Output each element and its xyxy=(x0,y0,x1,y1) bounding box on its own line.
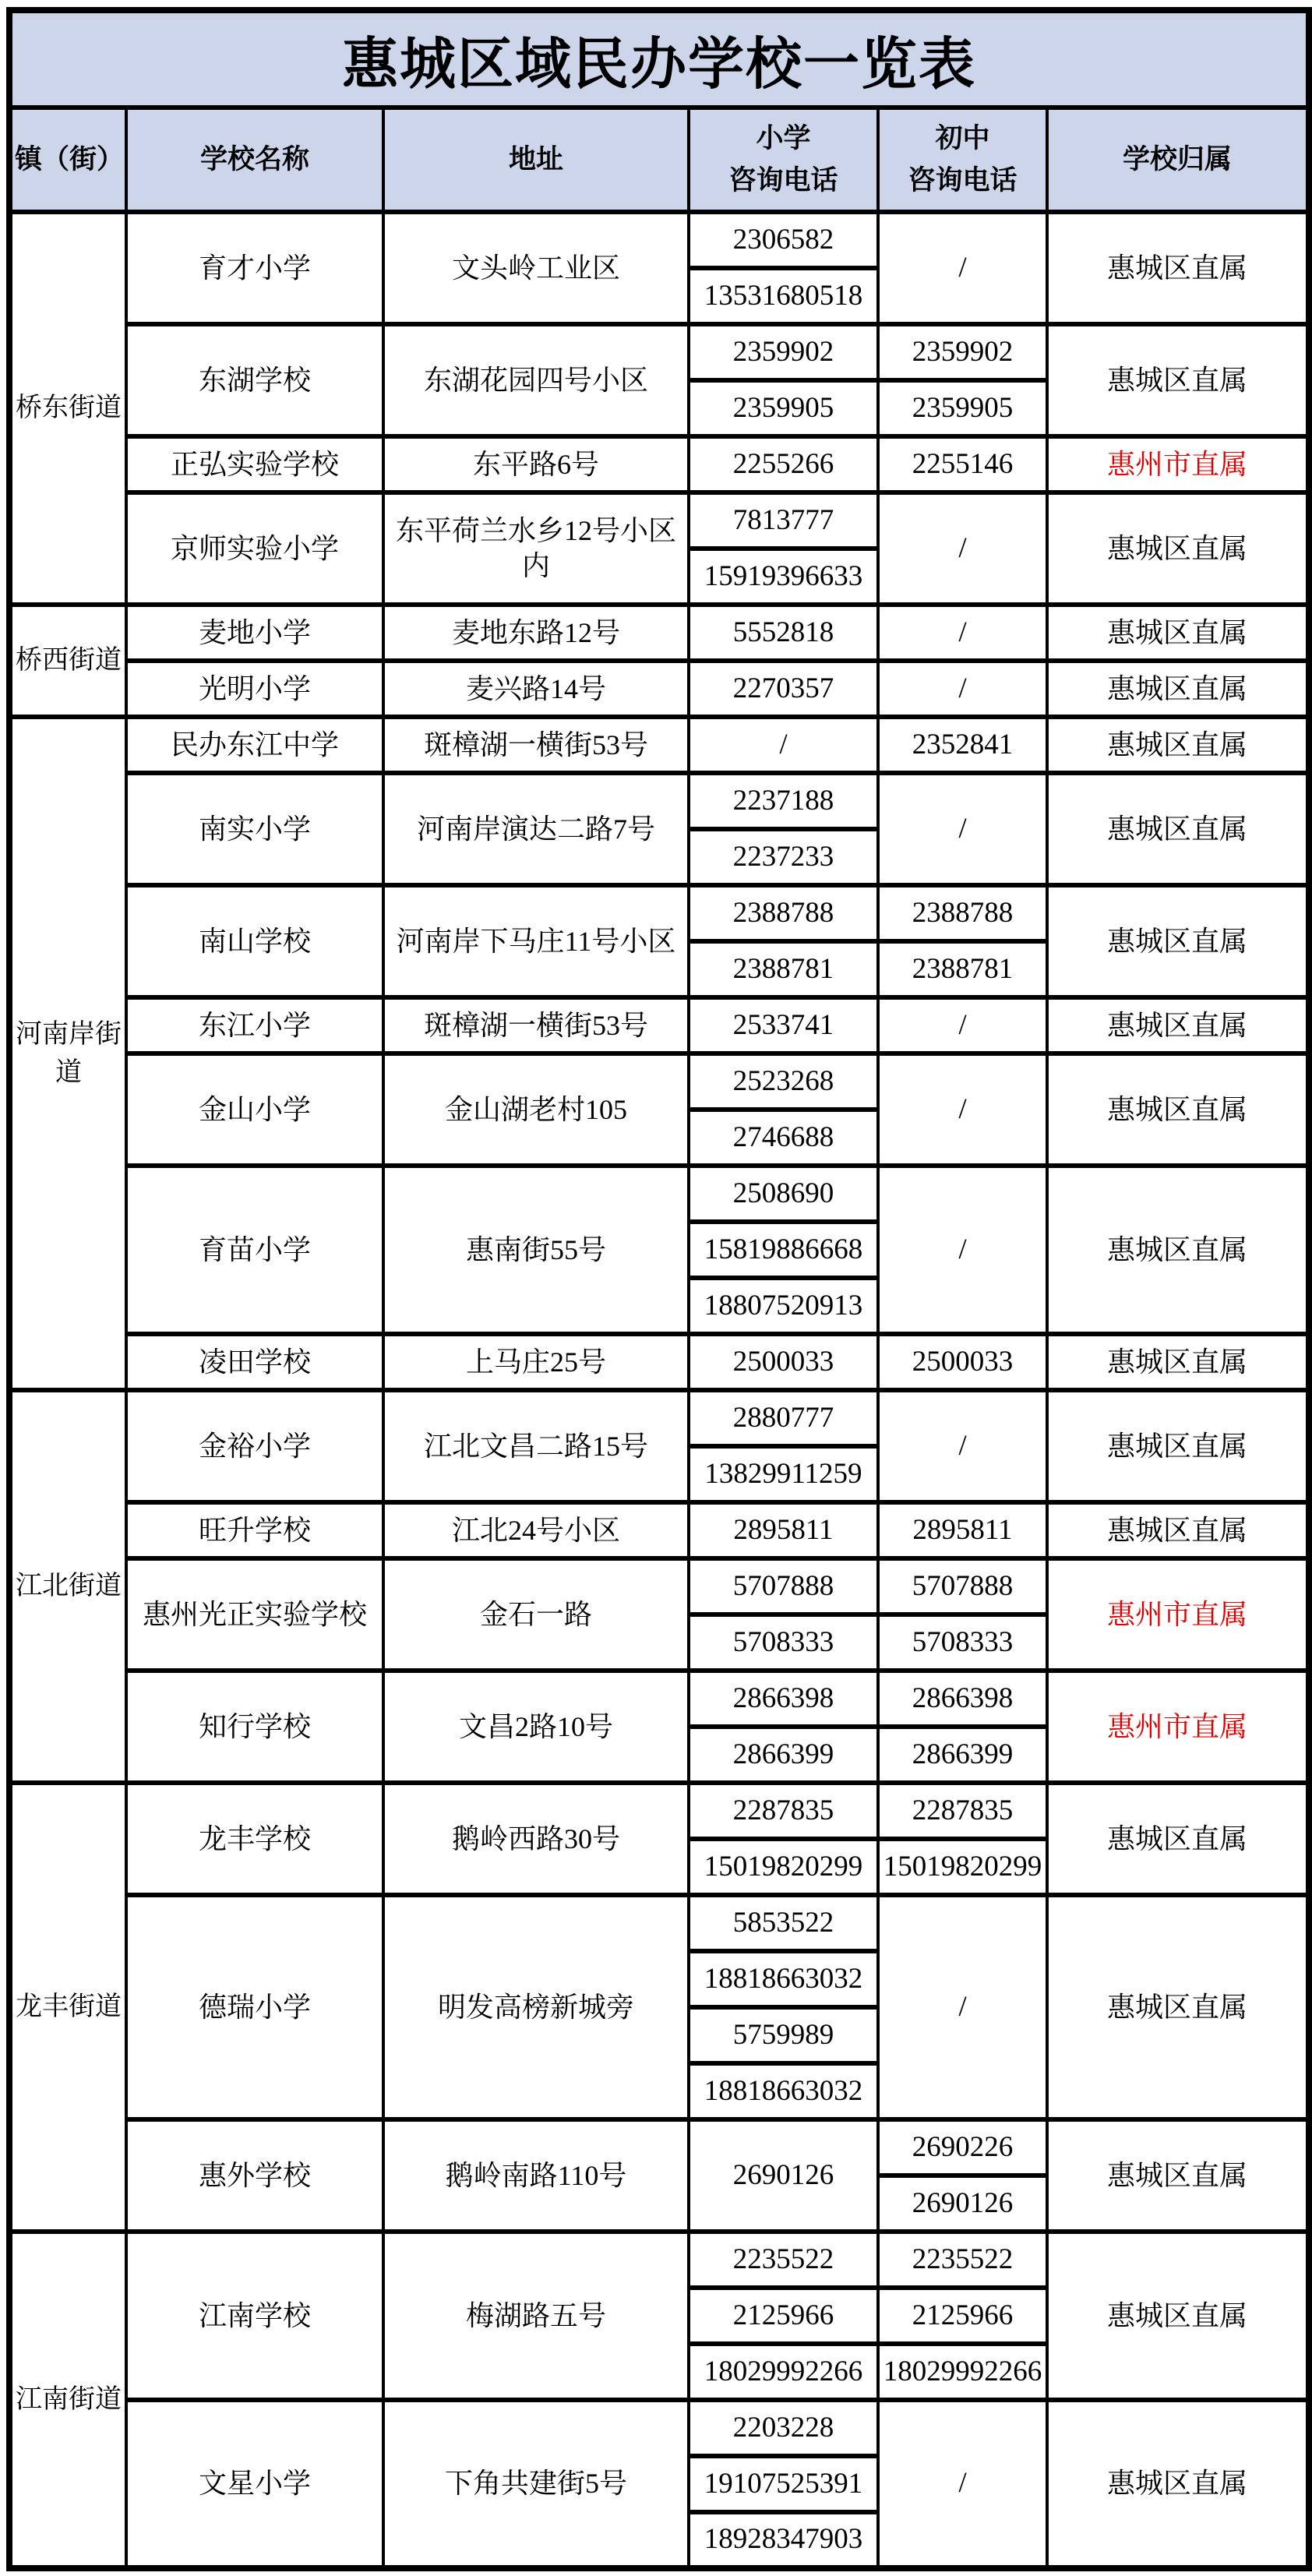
header-row: 镇（街） 学校名称 地址 小学 咨询电话 初中 咨询电话 学校归属 xyxy=(9,108,1309,212)
address-cell: 鹅岭南路110号 xyxy=(383,2119,689,2232)
school-name-cell: 民办东江中学 xyxy=(126,717,383,773)
affiliation-cell: 惠城区直属 xyxy=(1047,1783,1309,1895)
address-cell: 麦地东路12号 xyxy=(383,605,689,661)
page: 惠城区域民办学校一览表 镇（街） 学校名称 地址 小学 咨询电话 初中 咨询电话… xyxy=(0,0,1312,2576)
table-row: 德瑞小学明发高榜新城旁5853522/惠城区直属 xyxy=(9,1895,1309,1951)
affiliation-cell: 惠城区直属 xyxy=(1047,2232,1309,2400)
middle-phone-cell: / xyxy=(878,1053,1047,1166)
table-row: 江南街道江南学校梅湖路五号22355222235522惠城区直属 xyxy=(9,2232,1309,2288)
table-row: 金山小学金山湖老村1052523268/惠城区直属 xyxy=(9,1053,1309,1110)
school-name-cell: 文星小学 xyxy=(126,2400,383,2568)
primary-phone-cell: 18818663032 xyxy=(689,1951,878,2007)
affiliation-cell: 惠城区直属 xyxy=(1047,1390,1309,1502)
header-school-name: 学校名称 xyxy=(126,108,383,212)
town-cell: 河南岸街道 xyxy=(9,717,126,1390)
primary-phone-cell: 2690126 xyxy=(689,2119,878,2232)
middle-phone-cell: 5708333 xyxy=(878,1614,1047,1671)
middle-phone-cell: 2866398 xyxy=(878,1671,1047,1727)
address-cell: 河南岸下马庄11号小区 xyxy=(383,885,689,997)
address-cell: 东湖花园四号小区 xyxy=(383,324,689,436)
middle-phone-cell: 5707888 xyxy=(878,1558,1047,1614)
address-cell: 河南岸演达二路7号 xyxy=(383,773,689,885)
address-cell: 下角共建街5号 xyxy=(383,2400,689,2568)
affiliation-cell: 惠城区直属 xyxy=(1047,717,1309,773)
primary-phone-cell: 2359902 xyxy=(689,324,878,380)
middle-phone-cell: 18029992266 xyxy=(878,2344,1047,2400)
title-row: 惠城区域民办学校一览表 xyxy=(9,10,1309,108)
middle-phone-cell: 2287835 xyxy=(878,1783,1047,1839)
affiliation-cell: 惠城区直属 xyxy=(1047,1502,1309,1558)
school-name-cell: 金裕小学 xyxy=(126,1390,383,1502)
address-cell: 梅湖路五号 xyxy=(383,2232,689,2400)
primary-phone-cell: 18818663032 xyxy=(689,2063,878,2119)
table-row: 凌田学校上马庄25号25000332500033惠城区直属 xyxy=(9,1334,1309,1390)
affiliation-cell: 惠城区直属 xyxy=(1047,492,1309,605)
affiliation-cell: 惠城区直属 xyxy=(1047,1053,1309,1166)
primary-phone-cell: 15819886668 xyxy=(689,1222,878,1278)
middle-phone-cell: / xyxy=(878,661,1047,717)
school-name-cell: 东湖学校 xyxy=(126,324,383,436)
primary-phone-cell: 5853522 xyxy=(689,1895,878,1951)
primary-phone-cell: 2287835 xyxy=(689,1783,878,1839)
primary-phone-cell: 2255266 xyxy=(689,436,878,492)
primary-phone-cell: 2533741 xyxy=(689,997,878,1053)
school-name-cell: 凌田学校 xyxy=(126,1334,383,1390)
school-name-cell: 正弘实验学校 xyxy=(126,436,383,492)
primary-phone-cell: 2306582 xyxy=(689,212,878,268)
address-cell: 文头岭工业区 xyxy=(383,212,689,324)
middle-phone-cell: 2500033 xyxy=(878,1334,1047,1390)
middle-phone-cell: / xyxy=(878,605,1047,661)
page-title: 惠城区域民办学校一览表 xyxy=(9,10,1309,108)
middle-phone-cell: 2895811 xyxy=(878,1502,1047,1558)
school-name-cell: 京师实验小学 xyxy=(126,492,383,605)
table-row: 惠州光正实验学校金石一路57078885707888惠州市直属 xyxy=(9,1558,1309,1614)
middle-phone-cell: / xyxy=(878,492,1047,605)
primary-phone-cell: / xyxy=(689,717,878,773)
primary-phone-cell: 2237188 xyxy=(689,773,878,829)
table-row: 桥东街道育才小学文头岭工业区2306582/惠城区直属 xyxy=(9,212,1309,268)
address-cell: 金石一路 xyxy=(383,1558,689,1671)
table-row: 京师实验小学东平荷兰水乡12号小区内7813777/惠城区直属 xyxy=(9,492,1309,549)
middle-phone-cell: 2235522 xyxy=(878,2232,1047,2288)
table-row: 光明小学麦兴路14号2270357/惠城区直属 xyxy=(9,661,1309,717)
middle-phone-cell: / xyxy=(878,773,1047,885)
middle-phone-cell: 2388781 xyxy=(878,941,1047,997)
affiliation-cell: 惠城区直属 xyxy=(1047,324,1309,436)
primary-phone-cell: 2523268 xyxy=(689,1053,878,1110)
affiliation-cell: 惠州市直属 xyxy=(1047,436,1309,492)
primary-phone-cell: 2500033 xyxy=(689,1334,878,1390)
table-row: 江北街道金裕小学江北文昌二路15号2880777/惠城区直属 xyxy=(9,1390,1309,1446)
table-row: 文星小学下角共建街5号2203228/惠城区直属 xyxy=(9,2400,1309,2456)
primary-phone-cell: 15019820299 xyxy=(689,1839,878,1895)
affiliation-cell: 惠城区直属 xyxy=(1047,997,1309,1053)
middle-phone-cell: / xyxy=(878,1390,1047,1502)
primary-phone-cell: 18928347903 xyxy=(689,2512,878,2568)
middle-phone-cell: / xyxy=(878,1166,1047,1334)
affiliation-cell: 惠城区直属 xyxy=(1047,1895,1309,2119)
middle-phone-cell: 2690126 xyxy=(878,2175,1047,2232)
town-cell: 桥东街道 xyxy=(9,212,126,605)
affiliation-cell: 惠城区直属 xyxy=(1047,1166,1309,1334)
middle-phone-cell: 2125966 xyxy=(878,2288,1047,2344)
primary-phone-cell: 2746688 xyxy=(689,1110,878,1166)
address-cell: 斑樟湖一横街53号 xyxy=(383,717,689,773)
table-row: 旺升学校江北24号小区28958112895811惠城区直属 xyxy=(9,1502,1309,1558)
address-cell: 文昌2路10号 xyxy=(383,1671,689,1783)
primary-phone-cell: 18807520913 xyxy=(689,1278,878,1334)
address-cell: 麦兴路14号 xyxy=(383,661,689,717)
primary-phone-cell: 5759989 xyxy=(689,2007,878,2063)
header-primary-phone: 小学 咨询电话 xyxy=(689,108,878,212)
affiliation-cell: 惠城区直属 xyxy=(1047,885,1309,997)
header-town: 镇（街） xyxy=(9,108,126,212)
primary-phone-cell: 2270357 xyxy=(689,661,878,717)
school-name-cell: 旺升学校 xyxy=(126,1502,383,1558)
table-row: 龙丰街道龙丰学校鹅岭西路30号22878352287835惠城区直属 xyxy=(9,1783,1309,1839)
primary-phone-cell: 2125966 xyxy=(689,2288,878,2344)
header-address: 地址 xyxy=(383,108,689,212)
address-cell: 江北24号小区 xyxy=(383,1502,689,1558)
town-cell: 桥西街道 xyxy=(9,605,126,717)
table-row: 惠外学校鹅岭南路110号26901262690226惠城区直属 xyxy=(9,2119,1309,2175)
school-name-cell: 育苗小学 xyxy=(126,1166,383,1334)
primary-phone-cell: 2235522 xyxy=(689,2232,878,2288)
middle-phone-cell: 2359902 xyxy=(878,324,1047,380)
header-middle-phone: 初中 咨询电话 xyxy=(878,108,1047,212)
affiliation-cell: 惠城区直属 xyxy=(1047,2119,1309,2232)
table-row: 南实小学河南岸演达二路7号2237188/惠城区直属 xyxy=(9,773,1309,829)
school-name-cell: 南实小学 xyxy=(126,773,383,885)
primary-phone-cell: 5707888 xyxy=(689,1558,878,1614)
primary-phone-cell: 2237233 xyxy=(689,829,878,885)
affiliation-cell: 惠州市直属 xyxy=(1047,1671,1309,1783)
middle-phone-cell: 2388788 xyxy=(878,885,1047,941)
primary-phone-cell: 2866399 xyxy=(689,1727,878,1783)
address-cell: 明发高榜新城旁 xyxy=(383,1895,689,2119)
primary-phone-cell: 5552818 xyxy=(689,605,878,661)
affiliation-cell: 惠城区直属 xyxy=(1047,773,1309,885)
table-row: 东湖学校东湖花园四号小区23599022359902惠城区直属 xyxy=(9,324,1309,380)
affiliation-cell: 惠城区直属 xyxy=(1047,2400,1309,2568)
middle-phone-cell: 2866399 xyxy=(878,1727,1047,1783)
middle-phone-cell: 2352841 xyxy=(878,717,1047,773)
primary-phone-cell: 2203228 xyxy=(689,2400,878,2456)
school-name-cell: 惠州光正实验学校 xyxy=(126,1558,383,1671)
school-name-cell: 南山学校 xyxy=(126,885,383,997)
primary-phone-cell: 2880777 xyxy=(689,1390,878,1446)
primary-phone-cell: 15919396633 xyxy=(689,549,878,605)
address-cell: 江北文昌二路15号 xyxy=(383,1390,689,1502)
school-name-cell: 光明小学 xyxy=(126,661,383,717)
school-name-cell: 德瑞小学 xyxy=(126,1895,383,2119)
schools-table-body: 桥东街道育才小学文头岭工业区2306582/惠城区直属13531680518东湖… xyxy=(9,212,1309,2568)
table-row: 知行学校文昌2路10号28663982866398惠州市直属 xyxy=(9,1671,1309,1727)
primary-phone-cell: 13531680518 xyxy=(689,268,878,324)
table-row: 桥西街道麦地小学麦地东路12号5552818/惠城区直属 xyxy=(9,605,1309,661)
table-row: 南山学校河南岸下马庄11号小区23887882388788惠城区直属 xyxy=(9,885,1309,941)
primary-phone-cell: 19107525391 xyxy=(689,2456,878,2512)
school-name-cell: 龙丰学校 xyxy=(126,1783,383,1895)
primary-phone-cell: 2388781 xyxy=(689,941,878,997)
address-cell: 鹅岭西路30号 xyxy=(383,1783,689,1895)
primary-phone-cell: 18029992266 xyxy=(689,2344,878,2400)
affiliation-cell: 惠城区直属 xyxy=(1047,661,1309,717)
table-row: 育苗小学惠南街55号2508690/惠城区直属 xyxy=(9,1166,1309,1222)
primary-phone-cell: 2508690 xyxy=(689,1166,878,1222)
primary-phone-cell: 13829911259 xyxy=(689,1446,878,1502)
primary-phone-cell: 2359905 xyxy=(689,380,878,436)
middle-phone-cell: / xyxy=(878,1895,1047,2119)
middle-phone-cell: 2255146 xyxy=(878,436,1047,492)
middle-phone-cell: 2359905 xyxy=(878,380,1047,436)
table-row: 东江小学斑樟湖一横街53号2533741/惠城区直属 xyxy=(9,997,1309,1053)
primary-phone-cell: 5708333 xyxy=(689,1614,878,1671)
address-cell: 金山湖老村105 xyxy=(383,1053,689,1166)
address-cell: 东平路6号 xyxy=(383,436,689,492)
address-cell: 斑樟湖一横街53号 xyxy=(383,997,689,1053)
middle-phone-cell: 2690226 xyxy=(878,2119,1047,2175)
middle-phone-cell: / xyxy=(878,212,1047,324)
header-affiliation: 学校归属 xyxy=(1047,108,1309,212)
middle-phone-cell: / xyxy=(878,997,1047,1053)
primary-phone-cell: 2866398 xyxy=(689,1671,878,1727)
primary-phone-cell: 2895811 xyxy=(689,1502,878,1558)
school-name-cell: 惠外学校 xyxy=(126,2119,383,2232)
school-name-cell: 江南学校 xyxy=(126,2232,383,2400)
school-name-cell: 金山小学 xyxy=(126,1053,383,1166)
school-name-cell: 东江小学 xyxy=(126,997,383,1053)
primary-phone-cell: 7813777 xyxy=(689,492,878,549)
affiliation-cell: 惠城区直属 xyxy=(1047,605,1309,661)
table-row: 正弘实验学校东平路6号22552662255146惠州市直属 xyxy=(9,436,1309,492)
school-name-cell: 麦地小学 xyxy=(126,605,383,661)
table-row: 河南岸街道民办东江中学斑樟湖一横街53号/2352841惠城区直属 xyxy=(9,717,1309,773)
address-cell: 上马庄25号 xyxy=(383,1334,689,1390)
affiliation-cell: 惠城区直属 xyxy=(1047,212,1309,324)
affiliation-cell: 惠城区直属 xyxy=(1047,1334,1309,1390)
school-name-cell: 育才小学 xyxy=(126,212,383,324)
middle-phone-cell: / xyxy=(878,2400,1047,2568)
middle-phone-cell: 15019820299 xyxy=(878,1839,1047,1895)
town-cell: 江南街道 xyxy=(9,2232,126,2568)
primary-phone-cell: 2388788 xyxy=(689,885,878,941)
address-cell: 东平荷兰水乡12号小区内 xyxy=(383,492,689,605)
schools-table: 惠城区域民办学校一览表 镇（街） 学校名称 地址 小学 咨询电话 初中 咨询电话… xyxy=(6,7,1312,2571)
town-cell: 龙丰街道 xyxy=(9,1783,126,2232)
affiliation-cell: 惠州市直属 xyxy=(1047,1558,1309,1671)
address-cell: 惠南街55号 xyxy=(383,1166,689,1334)
town-cell: 江北街道 xyxy=(9,1390,126,1783)
school-name-cell: 知行学校 xyxy=(126,1671,383,1783)
